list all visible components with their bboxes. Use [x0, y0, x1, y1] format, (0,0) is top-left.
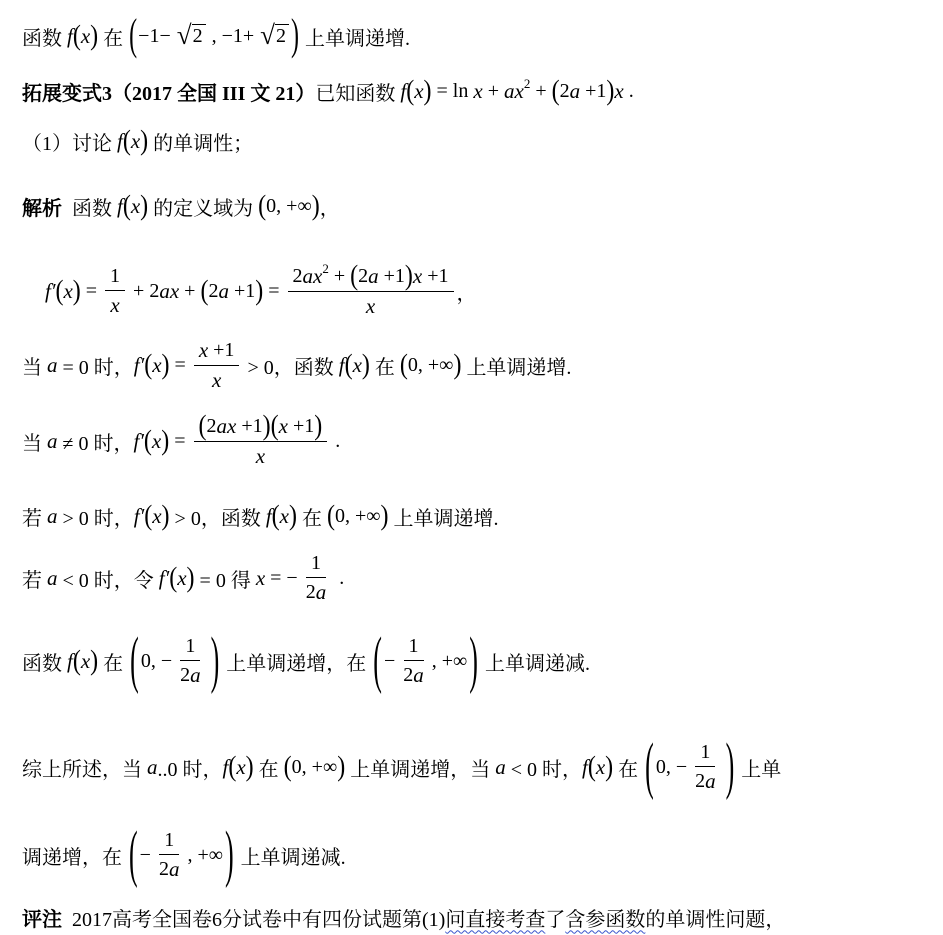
fraction-denominator: x — [361, 292, 380, 319]
math-variable: a — [169, 857, 180, 882]
radicand: 2 — [192, 24, 206, 48]
paren-content: −12a, +∞ — [384, 635, 467, 688]
text-run: ≠ 0 时， — [58, 427, 134, 456]
text-line-6: 当 a = 0 时，f′(x) = x +1x > 0，函数 f(x) 在 (0… — [22, 334, 571, 396]
close-paren: ) — [140, 192, 148, 221]
paren-group: (0, +∞) — [284, 755, 346, 779]
paren-group: (0, +∞) — [400, 353, 462, 377]
text-run: 上单调递增. — [461, 351, 571, 380]
text-line-3: （1）讨论 f(x) 的单调性； — [22, 122, 253, 160]
paren-content: x — [131, 129, 140, 154]
paren-group: (0, −12a) — [128, 635, 221, 688]
text-run: − — [140, 844, 151, 867]
fraction-denominator: x — [207, 366, 226, 393]
text-run: ， — [320, 192, 340, 221]
square-root: √2 — [260, 23, 289, 50]
text-run: 2 — [180, 664, 190, 687]
math-variable: a — [190, 663, 201, 688]
paren-content: 2a +1 — [208, 279, 255, 304]
fraction-numerator: 1 — [695, 741, 715, 767]
paren-group: (x) — [272, 504, 297, 529]
text-run: 上单调递减. — [480, 647, 590, 676]
open-paren: ( — [228, 753, 236, 782]
paren-group: (2ax +1) — [199, 414, 271, 439]
close-paren: ) — [187, 564, 195, 593]
math-variable: a — [495, 755, 506, 780]
text-run: 2 — [293, 265, 303, 288]
fraction-denominator: 2a — [398, 661, 429, 688]
paren-group: (x) — [345, 353, 370, 378]
close-paren: ) — [161, 427, 169, 456]
fraction-denominator: x — [105, 291, 124, 318]
open-paren: ( — [123, 127, 131, 156]
fraction-numerator: x +1 — [194, 338, 240, 366]
text-run: 函数 — [22, 647, 67, 676]
paren-content: x — [152, 353, 161, 378]
fraction-denominator: 2a — [301, 578, 332, 605]
math-variable: a — [47, 429, 58, 454]
text-run: 的单调性； — [148, 127, 253, 156]
text-run: = — [263, 280, 284, 303]
open-paren: ( — [327, 502, 335, 531]
open-paren: ( — [200, 277, 208, 306]
open-paren: ( — [123, 192, 131, 221]
paren-content: 0, +∞ — [292, 756, 338, 779]
math-variable: x — [177, 566, 186, 591]
text-run: 2 — [208, 280, 218, 303]
open-paren: ( — [169, 564, 177, 593]
text-run: = 0 时， — [58, 351, 134, 380]
paren-content: −12a, +∞ — [140, 829, 223, 882]
text-run: + 2 — [128, 280, 159, 303]
text-run: 了 — [545, 903, 565, 932]
text-run: 若 — [22, 564, 47, 593]
math-variable: x — [280, 504, 289, 529]
text-line-9: 若 a < 0 时，令 f′(x) = 0 得 x = −12a . — [22, 546, 344, 610]
text-run: 在 — [254, 753, 284, 782]
text-run: = 0 得 — [195, 564, 256, 593]
text-run: ..0 时， — [158, 753, 223, 782]
radical-icon: √ — [260, 22, 275, 49]
text-run: 上单调递减. — [236, 841, 346, 870]
math-variable: x — [256, 566, 265, 591]
text-run: . — [624, 80, 634, 103]
paren-group: (x) — [123, 194, 148, 219]
open-paren: ( — [55, 277, 63, 306]
text-run: 在 — [98, 647, 128, 676]
math-variable: x — [110, 293, 119, 318]
fraction: (2ax +1)(x +1)x — [194, 414, 328, 469]
paren-content: x — [131, 194, 140, 219]
text-run: 0, +∞ — [266, 195, 312, 218]
paren-group: (x) — [55, 279, 80, 304]
math-variable: a — [147, 755, 158, 780]
open-paren: ( — [345, 351, 353, 380]
paren-content: x — [280, 504, 289, 529]
text-run: 1 — [185, 635, 195, 658]
paren-group: (2a +1) — [350, 264, 413, 289]
paren-content: x — [81, 24, 90, 49]
text-run: = ln — [432, 80, 474, 103]
text-run: 上单 — [736, 753, 781, 782]
text-run: > 0，函数 — [242, 351, 338, 380]
math-variable: x — [596, 755, 605, 780]
math-variable: x — [131, 194, 140, 219]
text-run: +1 — [236, 415, 262, 438]
text-run: 上单调递增，在 — [221, 647, 371, 676]
spellcheck-underline-text: 含参函数 — [565, 903, 645, 932]
text-line-2: 拓展变式3（2017 全国 III 文 21）已知函数 f(x) = ln x … — [22, 72, 634, 110]
paren-content: x — [353, 353, 362, 378]
fraction: 12a — [175, 635, 206, 688]
fraction-numerator: 1 — [159, 829, 179, 855]
text-run: 综上所述，当 — [22, 753, 147, 782]
text-run: 调递增，在 — [22, 841, 127, 870]
paren-group: (0, −12a) — [643, 741, 736, 794]
math-variable: x — [236, 755, 245, 780]
text-run: +1 — [288, 415, 314, 438]
math-variable: f′ — [134, 353, 144, 378]
text-run: > 0 时， — [58, 502, 134, 531]
text-run: 0, − — [656, 756, 687, 779]
fraction: 12a — [690, 741, 721, 794]
close-paren: ) — [246, 753, 254, 782]
text-run: +1 — [229, 280, 255, 303]
text-line-5: f′(x) = 1x + 2ax + (2a +1) = 2ax2 + (2a … — [45, 252, 477, 330]
text-run: = — [81, 280, 102, 303]
close-paren: ) — [162, 351, 170, 380]
open-paren: ( — [258, 192, 266, 221]
text-run: 上单调递增. — [300, 22, 410, 51]
paren-group: (−12a, +∞) — [371, 635, 480, 688]
math-variable: x — [131, 129, 140, 154]
text-run: 1 — [311, 552, 321, 575]
text-run: < 0 时，令 — [58, 564, 159, 593]
text-run: + — [329, 265, 350, 288]
open-paren: ( — [350, 262, 358, 291]
math-variable: x — [413, 264, 422, 289]
paren-content: x — [152, 429, 161, 454]
text-run: 2 — [207, 415, 217, 438]
bold-label: 评注 — [22, 903, 62, 932]
paren-group: (−1− √2 , −1+ √2) — [128, 23, 300, 50]
open-paren: ( — [400, 351, 408, 380]
paren-content: x — [414, 79, 423, 104]
math-variable: a — [413, 663, 424, 688]
math-variable: x — [473, 79, 482, 104]
math-variable: f′ — [133, 429, 143, 454]
open-paren: ( — [284, 753, 292, 782]
fraction-denominator: 2a — [690, 767, 721, 794]
text-run: 的定义域为 — [148, 192, 258, 221]
close-paren: ) — [90, 647, 98, 676]
text-run: 在 — [98, 22, 128, 51]
text-run: 2017高考全国卷6分试卷中有四份试题第(1) — [62, 903, 445, 932]
text-run: 0, − — [141, 650, 172, 673]
text-run: −1− — [138, 25, 176, 48]
text-run: . — [334, 567, 344, 590]
fraction-numerator: 1 — [306, 552, 326, 578]
bold-label: 解析 — [22, 192, 62, 221]
close-paren: ) — [424, 77, 432, 106]
text-run: 若 — [22, 502, 47, 531]
fraction-denominator: 2a — [175, 661, 206, 688]
text-run: + — [483, 80, 504, 103]
text-run: 在 — [297, 502, 327, 531]
text-line-13: 评注 2017高考全国卷6分试卷中有四份试题第(1)问直接考查了含参函数的单调性… — [22, 898, 785, 935]
math-variable: x — [199, 338, 208, 363]
text-run: 2 — [358, 265, 368, 288]
text-run: 0, +∞ — [408, 354, 454, 377]
document-page: 函数 f(x) 在 (−1− √2 , −1+ √2) 上单调递增.拓展变式3（… — [0, 0, 943, 935]
paren-group: (x) — [144, 429, 169, 454]
close-paren: ) — [605, 753, 613, 782]
close-paren: ) — [90, 22, 98, 51]
math-variable: x — [152, 504, 161, 529]
open-paren: ( — [271, 412, 279, 441]
close-paren: ) — [263, 412, 271, 441]
paren-content: x — [596, 755, 605, 780]
fraction-denominator: 2a — [154, 855, 185, 882]
open-paren: ( — [272, 502, 280, 531]
close-paren: ) — [289, 502, 297, 531]
fraction-numerator: 1 — [105, 265, 125, 291]
text-run: 的单调性问题， — [645, 903, 785, 932]
math-variable: x — [414, 79, 423, 104]
fraction: x +1x — [194, 338, 240, 393]
math-variable: x — [366, 294, 375, 319]
text-line-1: 函数 f(x) 在 (−1− √2 , −1+ √2) 上单调递增. — [22, 6, 410, 66]
text-run: 2 — [560, 80, 570, 103]
paren-content: x — [152, 504, 161, 529]
open-paren: ( — [144, 427, 152, 456]
superscript: 2 — [322, 261, 329, 277]
close-paren: ) — [291, 14, 299, 58]
math-variable: f′ — [45, 279, 55, 304]
math-variable: ax — [504, 79, 524, 104]
text-run: 在 — [613, 753, 643, 782]
math-variable: x — [63, 279, 72, 304]
fraction: 12a — [301, 552, 332, 605]
paren-group: (2a +1) — [552, 79, 615, 104]
paren-group: (2a +1) — [200, 279, 263, 304]
close-paren: ) — [726, 735, 735, 799]
paren-content: 2ax +1 — [207, 414, 263, 439]
close-paren: ) — [469, 629, 478, 693]
fraction-denominator: x — [251, 442, 270, 469]
text-run: +1 — [422, 265, 448, 288]
text-run: = — [169, 430, 190, 453]
paren-content: x +1 — [279, 414, 315, 439]
math-variable: a — [47, 566, 58, 591]
text-run: + — [530, 80, 551, 103]
paren-group: (x) — [144, 504, 169, 529]
text-run: , −1+ — [207, 25, 260, 48]
text-run: , +∞ — [187, 844, 223, 867]
close-paren: ) — [255, 277, 263, 306]
open-paren: ( — [588, 753, 596, 782]
text-run: 2 — [695, 770, 705, 793]
paren-content: x — [236, 755, 245, 780]
math-variable: ax — [217, 414, 237, 439]
fraction-numerator: 1 — [180, 635, 200, 661]
text-run: 1 — [700, 741, 710, 764]
math-variable: x — [81, 649, 90, 674]
text-run: 0, +∞ — [335, 505, 381, 528]
paren-content: 0, −12a — [141, 635, 209, 688]
paren-group: (x) — [406, 79, 431, 104]
math-variable: a — [47, 353, 58, 378]
fraction-numerator: 2ax2 + (2a +1)x +1 — [288, 264, 454, 292]
text-run: > 0，函数 — [170, 502, 266, 531]
fraction-numerator: (2ax +1)(x +1) — [194, 414, 328, 442]
text-line-4: 解析 函数 f(x) 的定义域为 (0, +∞)， — [22, 186, 340, 226]
text-run: + — [179, 280, 200, 303]
radicand: 2 — [275, 24, 289, 48]
fraction: 12a — [154, 829, 185, 882]
paren-content: 0, +∞ — [408, 354, 454, 377]
text-run: 1 — [110, 265, 120, 288]
close-paren: ) — [312, 192, 320, 221]
text-run: 2 — [403, 664, 413, 687]
paren-group: (x +1) — [271, 414, 323, 439]
close-paren: ) — [405, 262, 413, 291]
close-paren: ) — [381, 502, 389, 531]
open-paren: ( — [552, 77, 560, 106]
math-variable: f′ — [134, 504, 144, 529]
close-paren: ) — [211, 629, 220, 693]
text-run: 0, +∞ — [292, 756, 338, 779]
math-variable: x — [256, 444, 265, 469]
text-run: < 0 时， — [506, 753, 582, 782]
math-variable: x — [353, 353, 362, 378]
text-run: 当 — [22, 427, 47, 456]
text-run: 2 — [159, 858, 169, 881]
text-run: ， — [457, 277, 477, 306]
fraction: 2ax2 + (2a +1)x +1x — [288, 264, 454, 319]
text-run: 上单调递增，当 — [345, 753, 495, 782]
math-variable: a — [47, 504, 58, 529]
open-paren: ( — [144, 351, 152, 380]
paren-content: −1− √2 , −1+ √2 — [138, 23, 290, 50]
bold-label: 拓展变式3（2017 全国 III 文 21） — [22, 77, 315, 106]
math-variable: x — [81, 24, 90, 49]
text-run: = − — [265, 567, 298, 590]
paren-group: (0, +∞) — [258, 194, 320, 218]
text-run: = — [170, 354, 191, 377]
paren-group: (−12a, +∞) — [127, 829, 236, 882]
open-paren: ( — [645, 735, 654, 799]
text-run: 函数 — [62, 192, 117, 221]
close-paren: ) — [337, 753, 345, 782]
fraction-numerator: 1 — [404, 635, 424, 661]
open-paren: ( — [406, 77, 414, 106]
text-run: 当 — [22, 351, 47, 380]
text-run: （1）讨论 — [22, 127, 117, 156]
open-paren: ( — [144, 502, 152, 531]
fraction: 12a — [398, 635, 429, 688]
text-run: +1 — [379, 265, 405, 288]
paren-group: (x) — [123, 129, 148, 154]
math-variable: ax — [159, 279, 179, 304]
spellcheck-underline-text: 问直接考查 — [445, 903, 545, 932]
text-run: 1 — [409, 635, 419, 658]
math-variable: a — [218, 279, 229, 304]
paren-content: 0, +∞ — [266, 195, 312, 218]
superscript: 2 — [524, 76, 531, 92]
paren-group: (x) — [73, 649, 98, 674]
close-paren: ) — [453, 351, 461, 380]
close-paren: ) — [314, 412, 322, 441]
math-variable: a — [368, 264, 379, 289]
math-variable: a — [570, 79, 581, 104]
open-paren: ( — [129, 823, 138, 887]
text-run: 在 — [370, 351, 400, 380]
math-variable: x — [279, 414, 288, 439]
text-line-12: 调递增，在 (−12a, +∞) 上单调递减. — [22, 813, 346, 897]
paren-group: (x) — [169, 566, 194, 591]
text-line-11: 综上所述，当 a..0 时，f(x) 在 (0, +∞) 上单调递增，当 a <… — [22, 720, 781, 814]
open-paren: ( — [130, 629, 139, 693]
open-paren: ( — [129, 14, 137, 58]
paren-content: 0, +∞ — [335, 505, 381, 528]
math-variable: x — [152, 429, 161, 454]
close-paren: ) — [162, 502, 170, 531]
paren-content: 2a +1 — [560, 79, 607, 104]
paren-content: x — [81, 649, 90, 674]
text-run: +1 — [580, 80, 606, 103]
paren-content: 0, −12a — [656, 741, 724, 794]
text-run: , +∞ — [432, 650, 468, 673]
math-variable: f′ — [159, 566, 169, 591]
paren-group: (x) — [228, 755, 253, 780]
text-line-8: 若 a > 0 时，f′(x) > 0，函数 f(x) 在 (0, +∞) 上单… — [22, 495, 499, 537]
radical-icon: √ — [177, 22, 192, 49]
text-run: 上单调递增. — [389, 502, 499, 531]
text-run: +1 — [208, 339, 234, 362]
math-variable: x — [212, 368, 221, 393]
open-paren: ( — [373, 629, 382, 693]
close-paren: ) — [225, 823, 234, 887]
text-run: − — [384, 650, 395, 673]
fraction: 1x — [105, 265, 125, 318]
math-variable: a — [705, 769, 716, 794]
square-root: √2 — [177, 23, 206, 50]
paren-content: x — [177, 566, 186, 591]
math-variable: x — [152, 353, 161, 378]
math-variable: x — [614, 79, 623, 104]
text-run: 已知函数 — [315, 77, 400, 106]
paren-group: (x) — [588, 755, 613, 780]
text-line-10: 函数 f(x) 在 (0, −12a) 上单调递增，在 (−12a, +∞) 上… — [22, 616, 590, 706]
close-paren: ) — [140, 127, 148, 156]
open-paren: ( — [73, 647, 81, 676]
close-paren: ) — [362, 351, 370, 380]
close-paren: ) — [73, 277, 81, 306]
text-run: 1 — [164, 829, 174, 852]
math-variable: ax — [303, 264, 323, 289]
paren-group: (0, +∞) — [327, 504, 389, 528]
paren-group: (x) — [73, 24, 98, 49]
text-run: . — [330, 430, 340, 453]
math-variable: a — [316, 580, 327, 605]
text-line-7: 当 a ≠ 0 时，f′(x) = (2ax +1)(x +1)x . — [22, 403, 340, 479]
paren-group: (x) — [144, 353, 169, 378]
close-paren: ) — [606, 77, 614, 106]
text-run: 函数 — [22, 22, 67, 51]
open-paren: ( — [199, 412, 207, 441]
open-paren: ( — [73, 22, 81, 51]
